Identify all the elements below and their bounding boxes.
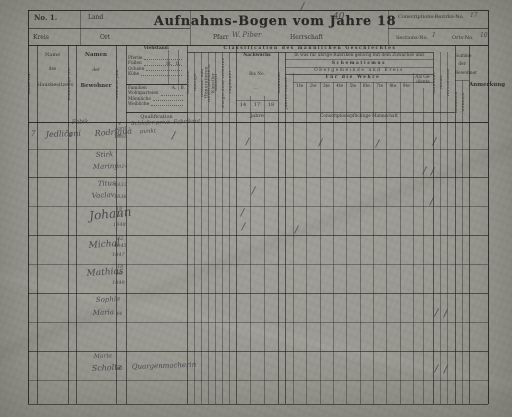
wehre-class-label: 4te [333,84,346,89]
nachwuchs-year-18: 18 [264,102,278,108]
handwritten-entry: Schlofer privz. Fabrikant [131,119,201,127]
wehre-class-label: 3te [320,84,333,89]
grid-hline [28,10,488,11]
classification-column-label: Bürgerliche Gewerbe [222,53,229,112]
sections-number-label: Sections-No. [396,35,428,41]
owner-column-label-2: des [37,67,68,72]
wehre-class-label: 7te [373,84,386,89]
grid-hline [293,82,433,83]
grid-vline [264,96,265,404]
wehre-class-label: 6te [360,84,373,89]
classification-column-label: Taglöhner [229,53,236,112]
birth-year-column-label: Geburts-Jahr [116,46,126,121]
grid-vline [469,45,470,404]
handwritten-entry: 16 [116,213,122,219]
nachwuchs-year-14: 14 [236,102,250,108]
handwritten-entry: punkt [140,128,156,135]
herrschaft-label: Herrschaft [290,34,323,42]
kreis-label: Kreis [33,34,49,42]
census-form-sheet: No. 1. Land Aufnahms-Bogen vom Jahre 18 … [0,0,512,417]
rubriken-line1: In was für übrige Rubriken gehörig mit d… [285,53,433,58]
handwritten-entry: 48 [116,271,122,277]
wehre-class-label: 5te [346,84,359,89]
livestock-row: Kühe [128,72,184,77]
summe-label-1: Summe [455,54,469,59]
anmerkung-column-label: Anmerkung [469,82,488,89]
sections-number-value: 1 [432,32,436,39]
grid-vline [346,82,347,404]
right-tally-column-label: Zuwachs [433,53,440,112]
grid-vline [68,45,69,404]
grid-vline [373,82,374,404]
grid-hline [28,45,488,46]
grid-hline [126,84,187,85]
conscription-district-label: Conscriptions-Bezirks-No. [398,14,464,20]
land-label: Land [88,14,103,22]
classification-column-label: Adelige [194,53,201,112]
grid-vline [413,73,414,404]
grid-hline [388,28,488,29]
handwritten-entry: 44 [116,311,122,317]
handwritten-entry: 1845 [114,243,127,249]
row-divider-line [28,380,488,381]
classification-column-label: Gewerbsleute u. Künstler [208,53,215,112]
handwritten-entry: 7 [31,130,35,138]
tally-mark [251,186,256,195]
classification-column-label: Beamte und Honoratioren [201,53,208,112]
handwritten-entry: 1801 [114,134,127,140]
house-number-column-label: Haus-No. [28,46,37,121]
handwritten-entry: Fabik [72,118,89,126]
row-divider-line [28,206,488,207]
nachwuchs-year-17: 17 [250,102,264,108]
page-title: Aufnahms-Bogen vom Jahre 18 [150,14,400,29]
handwritten-entry: April [115,127,126,132]
right-tally-column-label: Abfall [440,53,447,112]
owner-column-label-3: Hausbesitzers [37,82,68,88]
handwritten-entry: 1 [69,132,73,139]
tally-mark [434,364,439,373]
right-tally-column-label: Verstorbene [447,53,454,112]
grid-hline [236,100,278,101]
handwritten-entry: Maria [93,308,114,317]
grid-vline [37,45,38,404]
inhabitants-column-label-3: Bewohner [76,83,116,90]
grid-vline [400,82,401,404]
handwritten-entry: 42 [117,236,123,242]
grid-hline [126,112,455,113]
grid-vline [423,88,424,404]
wehre-title: Für die Wehre [293,75,413,80]
grid-vline [80,10,81,45]
handwritten-entry: Sophie [96,295,121,304]
handwritten-entry: Jedličani [46,129,81,139]
summe-label-2: der [455,62,469,67]
grid-vline [333,82,334,404]
orts-number-label: Orts-No. [452,35,474,41]
wehre-class-label: 9te [400,84,413,89]
row-divider-line [28,322,488,323]
owner-column-label-1: Name [37,52,68,58]
summe-label-3: Bewohner [455,71,469,76]
orts-number-value: 10 [480,32,488,39]
jahres-classe-column-label: Jahres-Classe [285,74,293,112]
grid-hline [28,28,190,29]
grid-vline [488,10,489,404]
handwritten-entry: Stirk [96,150,114,159]
handwritten-entry: 40 [116,366,122,372]
dwelling-number-column-label: Wohnungs-No. [68,46,76,121]
handwritten-entry: 1847 [112,252,125,258]
tally-mark [294,225,299,234]
handwritten-entry: 18 [116,206,122,212]
inhabitants-column-label-1: Namen [76,52,116,59]
tally-mark [240,208,245,217]
row-divider-line [28,264,488,265]
grid-vline [462,80,463,404]
row-divider-line [28,235,488,236]
form-number-label: No. 1. [34,13,57,22]
grid-vline [320,82,321,404]
classification-column-label: Bauern [215,53,222,112]
handwritten-entry: Vaclav [92,191,115,200]
handwritten-entry: 1848 [113,222,126,228]
summe-subcolumn-label: männlich [455,82,462,122]
wehre-class-label: 1te [293,84,306,89]
nachwuchs-title: Nachwuchs [236,53,278,58]
grid-vline [388,10,389,45]
row-divider-line [28,351,488,352]
year-value: 40 [333,12,344,22]
tally-mark [241,222,246,231]
grid-vline [126,45,127,404]
handwritten-entry: 18 [117,264,123,270]
summary-row: Weibliche [128,102,185,107]
pfarr-label: Pfarr [213,34,229,42]
grid-vline [178,50,179,84]
grid-vline [168,50,169,84]
handwritten-entry: 1849 [112,280,125,286]
grid-vline [293,73,294,404]
wehre-class-label: 8te [386,84,399,89]
row-divider-line [28,177,488,178]
nachwuchs-footer-label: Jahre [236,113,278,119]
handwritten-entry: 1814 [115,164,128,170]
grid-hline [28,404,488,405]
pfarr-value: W. Piber [232,31,261,39]
grid-vline [236,45,237,404]
grid-hline [285,59,433,60]
grid-hline [285,67,433,68]
classification-title: Classification des männlichen Geschlecht… [187,46,433,51]
summary-col-a: A. [172,86,176,91]
grid-vline [250,96,251,404]
summary-col-b: B. [180,86,185,91]
row-divider-line [28,293,488,294]
classification-column-label: Geistliche [187,53,194,112]
inhabitants-column-label-2: der [76,68,116,73]
grid-hline [28,122,488,123]
handwritten-entry: Maria [94,352,112,360]
grid-hline [285,74,433,75]
grid-vline [306,82,307,404]
tally-mark [171,131,176,140]
summe-subcolumn-label: weiblich [462,82,469,122]
nachwuchs-sub-label: Bis No. [236,72,278,77]
grid-vline [360,82,361,404]
grid-vline [386,82,387,404]
row-divider-line [28,149,488,150]
grid-vline [76,45,77,404]
zuwachs-column-label: Zuwachs [278,53,285,112]
handwritten-entry: 1832 [114,182,127,188]
handwritten-entry: 1838 [114,194,127,200]
tally-mark [375,139,380,148]
grid-vline [285,52,286,404]
conscription-number-value: 17 [470,12,478,19]
grid-vline [28,10,29,404]
grid-vline [190,10,191,45]
tally-mark [434,308,439,317]
ort-label: Ort [100,34,110,42]
wehre-class-label: 2te [306,84,319,89]
rubriken-line3: Obergemeinde und Kreis [285,68,433,73]
grid-vline [278,52,279,404]
rubriken-line2: Schematismus [285,61,433,66]
